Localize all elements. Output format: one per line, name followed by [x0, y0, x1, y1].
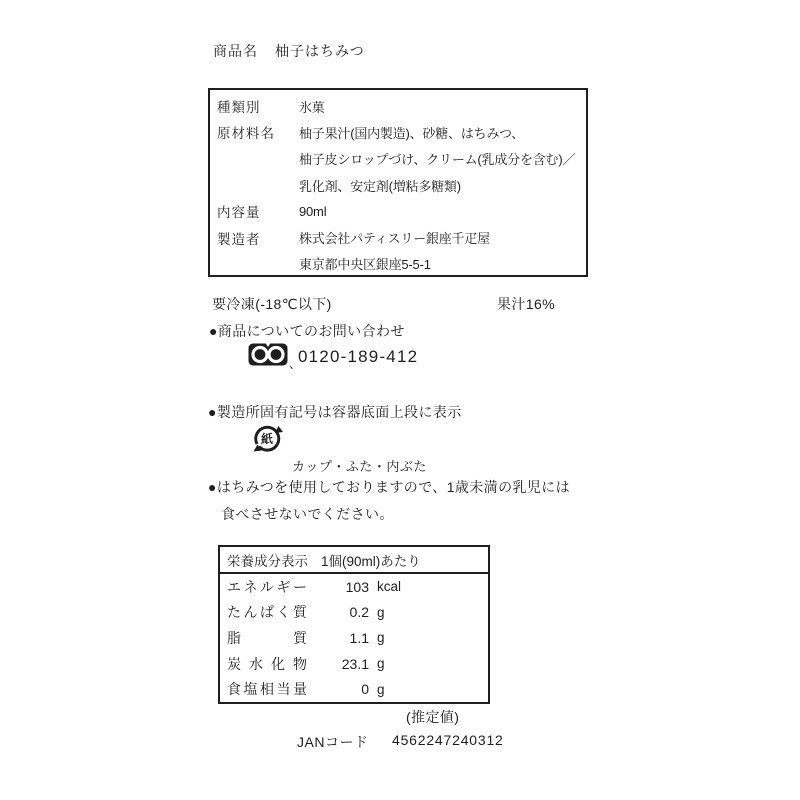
paper-recycle-icon: 紙 [249, 422, 285, 455]
jan-code-value: 4562247240312 [392, 732, 504, 748]
nutrition-value: 23.1 [307, 656, 369, 672]
info-label: 種類別 [217, 96, 299, 116]
info-label: 原材料名 [217, 122, 299, 142]
info-label: 製造者 [217, 228, 299, 248]
recycle-caption: カップ・ふた・内ぶた [292, 456, 427, 475]
info-table: 種類別 氷菓 原材料名 柚子果汁(国内製造)、砂糖、はちみつ、 柚子皮シロップづ… [208, 88, 588, 277]
nutrition-row-energy: エネルギー 103 kcal [220, 574, 488, 600]
product-name-row: 商品名柚子はちみつ [213, 41, 365, 61]
nutrition-table: 栄養成分表示 1個(90ml)あたり エネルギー 103 kcal たんぱく質 … [218, 545, 490, 704]
nutrition-row-fat: 脂質 1.1 g [220, 625, 488, 651]
nutrition-unit: g [377, 630, 385, 645]
nutrition-header: 栄養成分表示 1個(90ml)あたり [220, 547, 488, 574]
nutrition-unit: g [377, 656, 385, 671]
nutrition-label: 炭水化物 [227, 654, 307, 674]
nutrition-value: 1.1 [307, 630, 369, 646]
nutrition-value: 0 [307, 681, 369, 697]
product-name-label: 商品名 [213, 43, 258, 59]
estimate-note: (推定値) [406, 707, 459, 727]
nutrition-label: 脂質 [227, 628, 307, 648]
nutrition-row-protein: たんぱく質 0.2 g [220, 600, 488, 626]
info-value: 90ml [299, 204, 326, 219]
freedial-phone-icon [248, 343, 288, 366]
info-value: 氷菓 [299, 97, 325, 116]
juice-content: 果汁16% [497, 294, 555, 314]
nutrition-serving: 1個(90ml)あたり [321, 550, 421, 570]
info-row-ingredients-cont: 柚子皮シロップづけ、クリーム(乳成分を含む)／ [210, 146, 586, 172]
phone-number: 0120-189-412 [298, 347, 418, 367]
info-row-type: 種類別 氷菓 [210, 93, 586, 119]
info-row-volume: 内容量 90ml [210, 198, 586, 224]
product-name-value: 柚子はちみつ [275, 43, 365, 59]
nutrition-label: エネルギー [227, 577, 307, 597]
info-label: 内容量 [217, 201, 299, 221]
nutrition-row-carbs: 炭水化物 23.1 g [220, 651, 488, 677]
honey-warning-line2: 食べさせないでください。 [221, 504, 394, 524]
info-value: 東京都中央区銀座5-5-1 [299, 254, 431, 273]
info-value: 柚子果汁(国内製造)、砂糖、はちみつ、 [299, 123, 524, 142]
honey-warning-line1: ●はちみつを使用しておりますので、1歳未満の乳児には [208, 477, 570, 497]
info-row-manufacturer: 製造者 株式会社パティスリー銀座千疋屋 [210, 224, 586, 250]
nutrition-unit: g [377, 682, 385, 697]
product-label-sheet: 商品名柚子はちみつ 種類別 氷菓 原材料名 柚子果汁(国内製造)、砂糖、はちみつ… [0, 0, 800, 800]
nutrition-unit: kcal [377, 579, 401, 594]
nutrition-unit: g [377, 605, 385, 620]
info-row-address: 東京都中央区銀座5-5-1 [210, 251, 586, 277]
storage-note: 要冷凍(-18℃以下) [212, 294, 332, 314]
paper-recycle-kanji: 紙 [260, 431, 273, 446]
nutrition-row-salt: 食塩相当量 0 g [220, 676, 488, 702]
nutrition-title: 栄養成分表示 [227, 550, 308, 570]
info-value: 柚子皮シロップづけ、クリーム(乳成分を含む)／ [299, 149, 575, 168]
info-row-ingredients-cont: 乳化剤、安定剤(増粘多糖類) [210, 172, 586, 198]
info-value: 乳化剤、安定剤(増粘多糖類) [299, 176, 461, 195]
nutrition-value: 103 [307, 579, 369, 595]
nutrition-label: たんぱく質 [227, 602, 307, 622]
factory-code-note: ●製造所固有記号は容器底面上段に表示 [208, 402, 462, 422]
info-row-ingredients: 原材料名 柚子果汁(国内製造)、砂糖、はちみつ、 [210, 119, 586, 145]
nutrition-value: 0.2 [307, 604, 369, 620]
nutrition-label: 食塩相当量 [227, 679, 307, 699]
jan-code-label: JANコード [297, 732, 368, 752]
info-value: 株式会社パティスリー銀座千疋屋 [299, 228, 490, 247]
contact-heading: ●商品についてのお問い合わせ [209, 321, 405, 341]
